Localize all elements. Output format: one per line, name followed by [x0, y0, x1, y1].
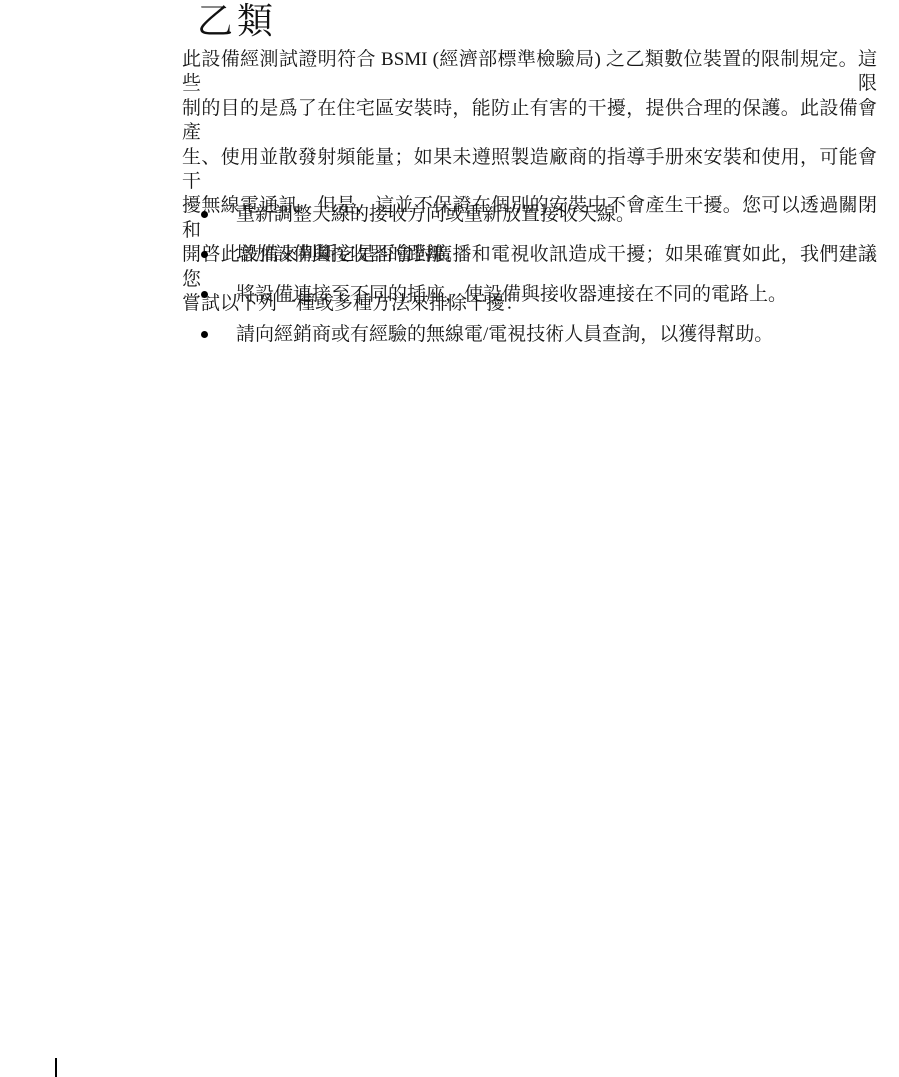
bullet-text: 增加設備與接收器的距離。: [236, 244, 879, 265]
footer-page-divider: [55, 1058, 57, 1077]
bullet-text: 請向經銷商或有經驗的無線電/電視技術人員查詢，以獲得幫助。: [236, 324, 879, 345]
paragraph-line: 制的目的是爲了在住宅區安裝時，能防止有害的干擾，提供合理的保護。此設備會產: [182, 97, 877, 146]
bullet-icon: [201, 251, 208, 258]
bullet-text: 將設備連接至不同的插座，使設備與接收器連接在不同的電路上。: [236, 284, 879, 305]
list-item: 將設備連接至不同的插座，使設備與接收器連接在不同的電路上。: [201, 284, 879, 305]
bullet-icon: [201, 331, 208, 338]
paragraph-line: 生、使用並散發射頻能量；如果未遵照製造廠商的指導手册來安裝和使用，可能會干: [182, 146, 877, 195]
bullet-text: 重新調整天線的接收方向或重新放置接收天線。: [236, 204, 879, 225]
list-item: 增加設備與接收器的距離。: [201, 244, 879, 265]
page-title: 乙類: [197, 0, 277, 44]
list-item: 重新調整天線的接收方向或重新放置接收天線。: [201, 204, 879, 225]
bullet-icon: [201, 211, 208, 218]
paragraph-line: 此設備經測試證明符合 BSMI (經濟部標準檢驗局) 之乙類數位裝置的限制規定。…: [182, 48, 877, 97]
bullet-list: 重新調整天線的接收方向或重新放置接收天線。 增加設備與接收器的距離。 將設備連接…: [201, 204, 879, 364]
document-page: 乙類 此設備經測試證明符合 BSMI (經濟部標準檢驗局) 之乙類數位裝置的限制…: [0, 0, 899, 1077]
bullet-icon: [201, 291, 208, 298]
list-item: 請向經銷商或有經驗的無線電/電視技術人員查詢，以獲得幫助。: [201, 324, 879, 345]
